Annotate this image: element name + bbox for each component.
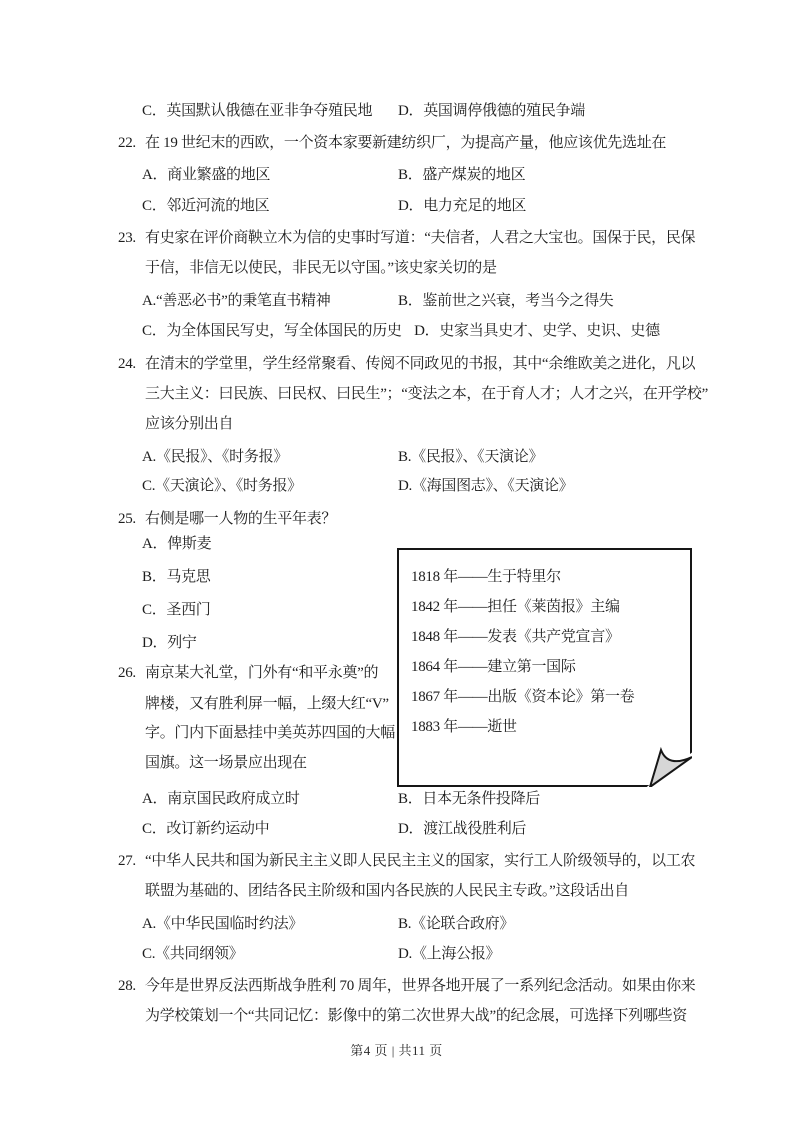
option-22-a: A．商业繁盛的地区 bbox=[142, 166, 398, 184]
question-24-stem-line2: 三大主义：曰民族、曰民权、曰民生”；“变法之本，在于育人才；人才之兴，在开学校” bbox=[145, 385, 708, 403]
option-24-a: A.《民报》、《时务报》 bbox=[142, 448, 398, 466]
question-23-options-ab: A.“善恶必书”的秉笔直书精神 B．鉴前世之兴衰，考当今之得失 bbox=[142, 292, 614, 310]
option-25-a: A．俾斯麦 bbox=[142, 535, 211, 553]
option-25-c: C．圣西门 bbox=[142, 601, 211, 619]
option-22-d: D．电力充足的地区 bbox=[398, 197, 526, 215]
question-26-stem-line2: 牌楼，又有胜利屏一幅，上缀大红“V” bbox=[145, 695, 389, 713]
question-text: 今年是世界反法西斯战争胜利 70 周年，世界各地开展了一系列纪念活动。如果由你来 bbox=[145, 978, 696, 994]
exam-page: C．英国默认俄德在亚非争夺殖民地 D．英国调停俄德的殖民争端 22.在 19 世… bbox=[0, 0, 793, 1122]
question-27-stem-line1: 27.“中华人民共和国为新民主主义即人民民主主义的国家，实行工人阶级领导的，以工… bbox=[118, 852, 695, 870]
option-26-c: C．改订新约运动中 bbox=[142, 820, 398, 838]
question-number: 27. bbox=[118, 852, 145, 870]
question-25-stem: 25.右侧是哪一人物的生平年表？ bbox=[118, 510, 336, 528]
question-22-stem: 22.在 19 世纪末的西欧，一个资本家要新建纺织厂，为提高产量，他应该优先选址… bbox=[118, 134, 666, 152]
question-27-stem-line2: 联盟为基础的、团结各民主阶级和国内各民族的人民民主专政。”这段话出自 bbox=[145, 882, 629, 900]
question-23-options-cd: C．为全体国民写史，写全体国民的历史 D．史家当具史才、史学、史识、史德 bbox=[142, 322, 660, 340]
question-text: 有史家在评价商鞅立木为信的史事时写道：“夫信者，人君之大宝也。国保于民，民保 bbox=[145, 230, 695, 246]
question-22-options-cd: C．邻近河流的地区 D．电力充足的地区 bbox=[142, 197, 526, 215]
question-number: 28. bbox=[118, 977, 145, 995]
option-22-b: B．盛产煤炭的地区 bbox=[398, 166, 525, 184]
question-24-stem-line3: 应该分别出自 bbox=[145, 415, 233, 433]
question-number: 25. bbox=[118, 510, 145, 528]
question-21-options-cd: C．英国默认俄德在亚非争夺殖民地 D．英国调停俄德的殖民争端 bbox=[142, 102, 585, 120]
timeline-entry: 1864 年——建立第一国际 bbox=[411, 652, 690, 682]
question-26-options-cd: C．改订新约运动中 D．渡江战役胜利后 bbox=[142, 820, 526, 838]
question-text: 右侧是哪一人物的生平年表？ bbox=[145, 511, 336, 527]
option-25-b: B．马克思 bbox=[142, 568, 211, 586]
question-text: 在 19 世纪末的西欧，一个资本家要新建纺织厂，为提高产量，他应该优先选址在 bbox=[145, 135, 666, 151]
option-21-c: C．英国默认俄德在亚非争夺殖民地 bbox=[142, 102, 398, 120]
question-number: 22. bbox=[118, 134, 145, 152]
timeline-entry: 1818 年——生于特里尔 bbox=[411, 562, 690, 592]
question-text: 在清末的学堂里，学生经常聚看、传阅不同政见的书报，其中“余维欧美之进化，凡以 bbox=[145, 356, 695, 372]
option-24-c: C.《天演论》、《时务报》 bbox=[142, 477, 398, 495]
question-24-options-cd: C.《天演论》、《时务报》 D.《海国图志》、《天演论》 bbox=[142, 477, 573, 495]
page-footer: 第4 页 | 共11 页 bbox=[0, 1040, 793, 1059]
option-21-d: D．英国调停俄德的殖民争端 bbox=[398, 102, 585, 120]
page-curl-icon bbox=[642, 743, 692, 787]
question-24-stem-line1: 24.在清末的学堂里，学生经常聚看、传阅不同政见的书报，其中“余维欧美之进化，凡… bbox=[118, 355, 695, 373]
option-27-c: C.《共同纲领》 bbox=[142, 945, 398, 963]
timeline-entry: 1848 年——发表《共产党宣言》 bbox=[411, 622, 690, 652]
question-24-options-ab: A.《民报》、《时务报》 B.《民报》、《天演论》 bbox=[142, 448, 543, 466]
option-23-b: B．鉴前世之兴衰，考当今之得失 bbox=[398, 292, 614, 310]
timeline-entry: 1842 年——担任《莱茵报》主编 bbox=[411, 592, 690, 622]
question-28-stem-line1: 28.今年是世界反法西斯战争胜利 70 周年，世界各地开展了一系列纪念活动。如果… bbox=[118, 977, 696, 995]
question-number: 23. bbox=[118, 229, 145, 247]
option-23-c: C．为全体国民写史，写全体国民的历史 bbox=[142, 323, 402, 339]
option-27-d: D.《上海公报》 bbox=[398, 945, 500, 963]
option-27-b: B.《论联合政府》 bbox=[398, 915, 514, 933]
option-22-c: C．邻近河流的地区 bbox=[142, 197, 398, 215]
question-26-stem-line4: 国旗。这一场景应出现在 bbox=[145, 754, 307, 772]
question-number: 24. bbox=[118, 355, 145, 373]
question-26-options-ab: A．南京国民政府成立时 B．日本无条件投降后 bbox=[142, 790, 540, 808]
question-22-options-ab: A．商业繁盛的地区 B．盛产煤炭的地区 bbox=[142, 166, 525, 184]
option-26-d: D．渡江战役胜利后 bbox=[398, 820, 526, 838]
question-26-stem-line3: 字。门内下面悬挂中美英苏四国的大幅 bbox=[145, 724, 395, 742]
option-26-a: A．南京国民政府成立时 bbox=[142, 790, 398, 808]
option-25-d: D．列宁 bbox=[142, 634, 197, 652]
question-27-options-cd: C.《共同纲领》 D.《上海公报》 bbox=[142, 945, 500, 963]
option-24-d: D.《海国图志》、《天演论》 bbox=[398, 477, 573, 495]
option-23-d: D．史家当具史才、史学、史识、史德 bbox=[414, 323, 660, 339]
question-23-stem-line2: 于信，非信无以使民，非民无以守国。”该史家关切的是 bbox=[145, 259, 497, 277]
question-27-options-ab: A.《中华民国临时约法》 B.《论联合政府》 bbox=[142, 915, 514, 933]
option-23-a: A.“善恶必书”的秉笔直书精神 bbox=[142, 292, 398, 310]
question-26-stem-line1: 26.南京某大礼堂，门外有“和平永奠”的 bbox=[118, 664, 378, 682]
timeline-box: 1818 年——生于特里尔 1842 年——担任《莱茵报》主编 1848 年——… bbox=[397, 548, 692, 787]
timeline-entry: 1867 年——出版《资本论》第一卷 bbox=[411, 682, 690, 712]
option-27-a: A.《中华民国临时约法》 bbox=[142, 915, 398, 933]
question-text: 南京某大礼堂，门外有“和平永奠”的 bbox=[145, 665, 378, 681]
question-text: “中华人民共和国为新民主主义即人民民主主义的国家，实行工人阶级领导的，以工农 bbox=[145, 853, 695, 869]
question-28-stem-line2: 为学校策划一个“共同记忆：影像中的第二次世界大战”的纪念展，可选择下列哪些资 bbox=[145, 1007, 687, 1025]
question-23-stem-line1: 23.有史家在评价商鞅立木为信的史事时写道：“夫信者，人君之大宝也。国保于民，民… bbox=[118, 229, 695, 247]
timeline-entry: 1883 年——逝世 bbox=[411, 712, 690, 742]
option-24-b: B.《民报》、《天演论》 bbox=[398, 448, 543, 466]
question-number: 26. bbox=[118, 664, 145, 682]
option-26-b: B．日本无条件投降后 bbox=[398, 790, 540, 808]
